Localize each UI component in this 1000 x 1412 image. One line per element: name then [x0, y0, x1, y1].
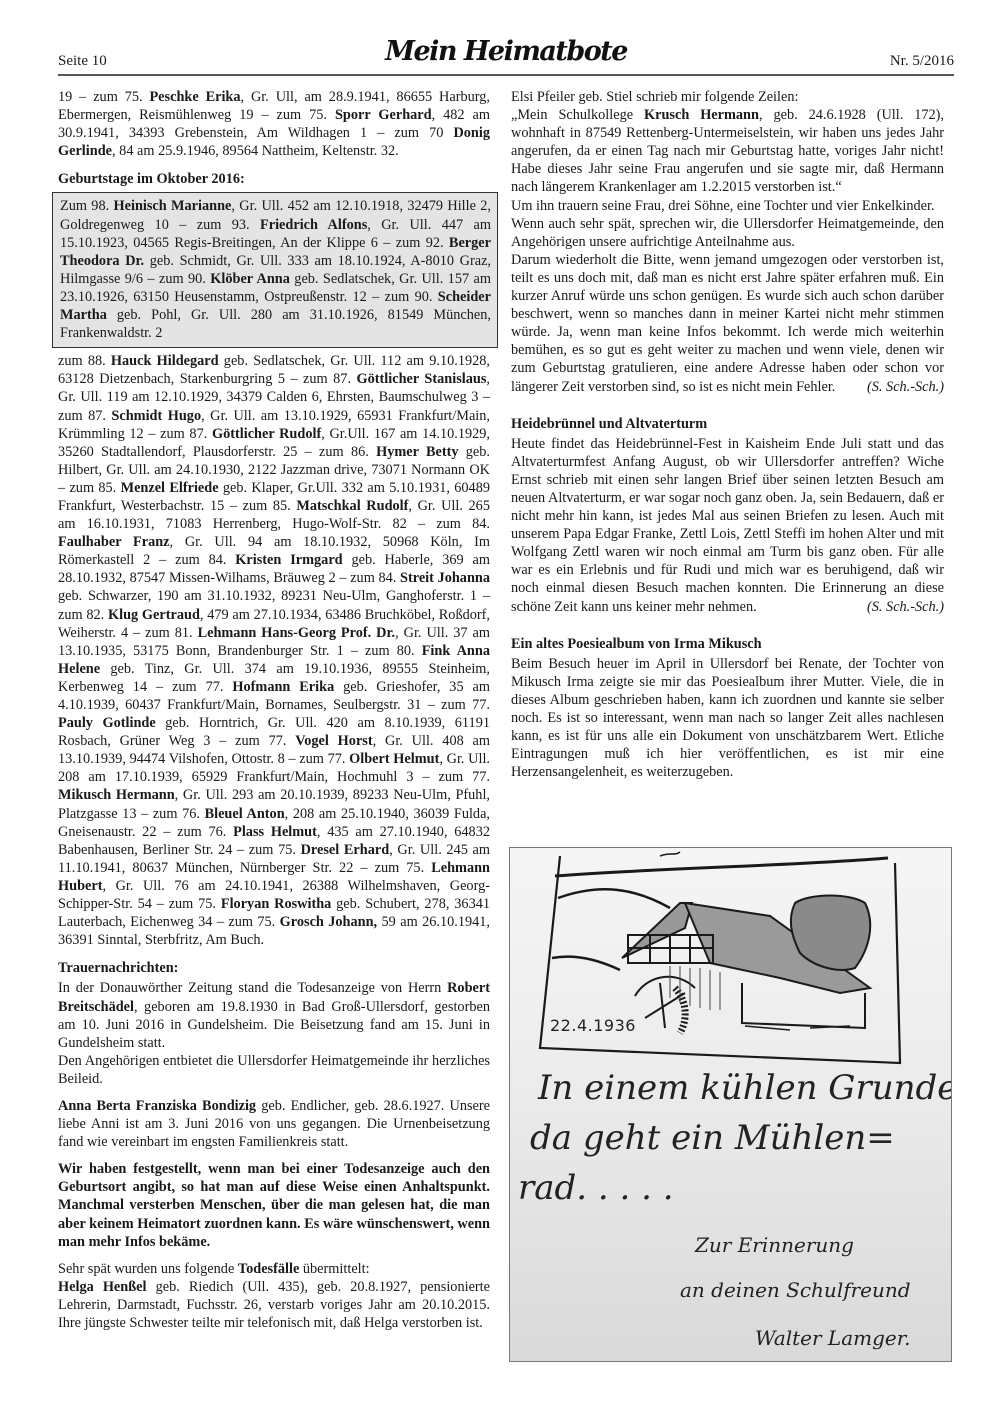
person-name: Scheider Martha: [60, 289, 491, 323]
person-name: Heinisch Marianne: [114, 198, 232, 214]
dedication-line-1: Zur Erinnerung: [695, 1233, 854, 1257]
condolence-text: Den Angehörigen entbietet die Ullersdorf…: [58, 1052, 490, 1088]
person-name: Lehmann Hubert: [58, 860, 490, 894]
person-name: Berger Theodora Dr.: [60, 235, 491, 269]
person-name: Matschkal Rudolf: [296, 498, 408, 514]
person-name: Kristen Irmgard: [235, 552, 342, 568]
person-name: Klöber Anna: [210, 271, 290, 287]
person-name: Floryan Roswitha: [221, 896, 331, 912]
person-name: Anna Berta Franziska Bondizig: [58, 1098, 256, 1114]
person-name: Olbert Helmut: [349, 751, 439, 767]
letter-condolence: Wenn auch sehr spät, sprechen wir, die U…: [511, 215, 944, 251]
tower-article: Heute findet das Heidebrünnel-Fest in Ka…: [511, 435, 944, 616]
person-name: Vogel Horst: [295, 733, 372, 749]
person-name: Fink Anna Helene: [58, 643, 490, 677]
person-name: Menzel Elfriede: [121, 480, 219, 496]
person-name: Pauly Gotlinde: [58, 715, 156, 731]
person-name: Donig Gerlinde: [58, 125, 490, 159]
highlighted-birthdays-text: Zum 98. Heinisch Marianne, Gr. Ull. 452 …: [60, 197, 491, 342]
letter-intro: Elsi Pfeiler geb. Stiel schrieb mir folg…: [511, 88, 944, 106]
person-name: Streit Johanna: [400, 570, 490, 586]
letter-quote: „Mein Schulkollege Krusch Hermann, geb. …: [511, 106, 944, 196]
letter-appeal-text: Darum wiederholt die Bitte, wenn jemand …: [511, 252, 944, 395]
birthdays-heading: Geburtstage im Oktober 2016:: [58, 170, 490, 188]
tower-heading: Heidebrünnel und Altvaterturm: [511, 415, 944, 433]
highlighted-birthdays-box: Zum 98. Heinisch Marianne, Gr. Ull. 452 …: [52, 192, 498, 348]
header-rule: [58, 74, 954, 76]
tower-text: Heute findet das Heidebrünnel-Fest in Ka…: [511, 436, 944, 615]
letter-mourners: Um ihn trauern seine Frau, drei Söhne, e…: [511, 197, 944, 215]
right-column: Elsi Pfeiler geb. Stiel schrieb mir folg…: [511, 88, 944, 781]
person-name: Friedrich Alfons: [260, 217, 367, 233]
page-number: Seite 10: [58, 53, 107, 70]
album-heading: Ein altes Poesiealbum von Irma Mikusch: [511, 635, 944, 653]
late-death-hensel: Helga Henßel geb. Riedich (Ull. 435), ge…: [58, 1278, 490, 1332]
person-name: Dresel Erhard: [301, 842, 390, 858]
letter-appeal: Darum wiederholt die Bitte, wenn jemand …: [511, 251, 944, 396]
page-header: Seite 10 Mein Heimatbote Nr. 5/2016: [58, 36, 954, 76]
person-name: Helga Henßel: [58, 1279, 147, 1295]
author-signature: (S. Sch.-Sch.): [867, 378, 944, 396]
person-name: Grosch Johann,: [280, 914, 377, 930]
poem-line-1: In einem kühlen Grunde,: [538, 1068, 952, 1108]
person-name: Lehmann Hans-Georg Prof. Dr.: [198, 625, 396, 641]
person-name: Mikusch Hermann: [58, 787, 175, 803]
dedication-line-2: an deinen Schulfreund: [680, 1278, 911, 1302]
author-signature: (S. Sch.-Sch.): [867, 598, 944, 616]
person-name: Krusch Hermann: [644, 107, 759, 123]
person-name: Faulhaber Franz: [58, 534, 170, 550]
late-deaths-intro: Sehr spät wurden uns folgende Todesfälle…: [58, 1260, 490, 1278]
masthead-logo: Mein Heimatbote: [385, 36, 627, 67]
person-name: Klug Gertraud: [108, 607, 200, 623]
birthday-list-continued: 19 – zum 75. Peschke Erika, Gr. Ull, am …: [58, 88, 490, 160]
mourning-heading: Trauernachrichten:: [58, 959, 490, 977]
person-name: Hymer Betty: [376, 444, 458, 460]
poem-line-3: rad. . . . .: [518, 1168, 674, 1208]
mourning-notice-breitschaedel: In der Donauwörther Zeitung stand die To…: [58, 979, 490, 1051]
album-text: Beim Besuch heuer im April in Ullersdorf…: [511, 655, 944, 782]
editorial-notice: Wir haben festgestellt, wenn man bei ein…: [58, 1160, 490, 1250]
person-name: Todesfälle: [238, 1261, 299, 1277]
mourning-notice-bondizig: Anna Berta Franziska Bondizig geb. Endli…: [58, 1097, 490, 1151]
person-name: Plass Helmut: [233, 824, 317, 840]
album-date: 22.4.1936: [550, 1016, 636, 1035]
dedication-signature: Walter Lamger.: [755, 1326, 910, 1350]
person-name: Peschke Erika: [149, 89, 240, 105]
person-name: Sporr Gerhard: [335, 107, 432, 123]
person-name: Hofmann Erika: [232, 679, 334, 695]
person-name: Bleuel Anton: [205, 806, 285, 822]
issue-number: Nr. 5/2016: [890, 53, 954, 70]
person-name: Hauck Hildegard: [111, 353, 219, 369]
birthday-list: zum 88. Hauck Hildegard geb. Sedlatschek…: [58, 352, 490, 949]
poem-line-2: da geht ein Mühlen=: [530, 1118, 895, 1158]
poesiealbum-photo: 22.4.1936 In einem kühlen Grunde, da geh…: [509, 847, 952, 1362]
person-name: Robert Breitschädel: [58, 980, 490, 1014]
person-name: Schmidt Hugo: [111, 408, 201, 424]
left-column: 19 – zum 75. Peschke Erika, Gr. Ull, am …: [58, 88, 490, 1332]
person-name: Göttlicher Rudolf: [212, 426, 321, 442]
person-name: Göttlicher Stanislaus: [357, 371, 487, 387]
